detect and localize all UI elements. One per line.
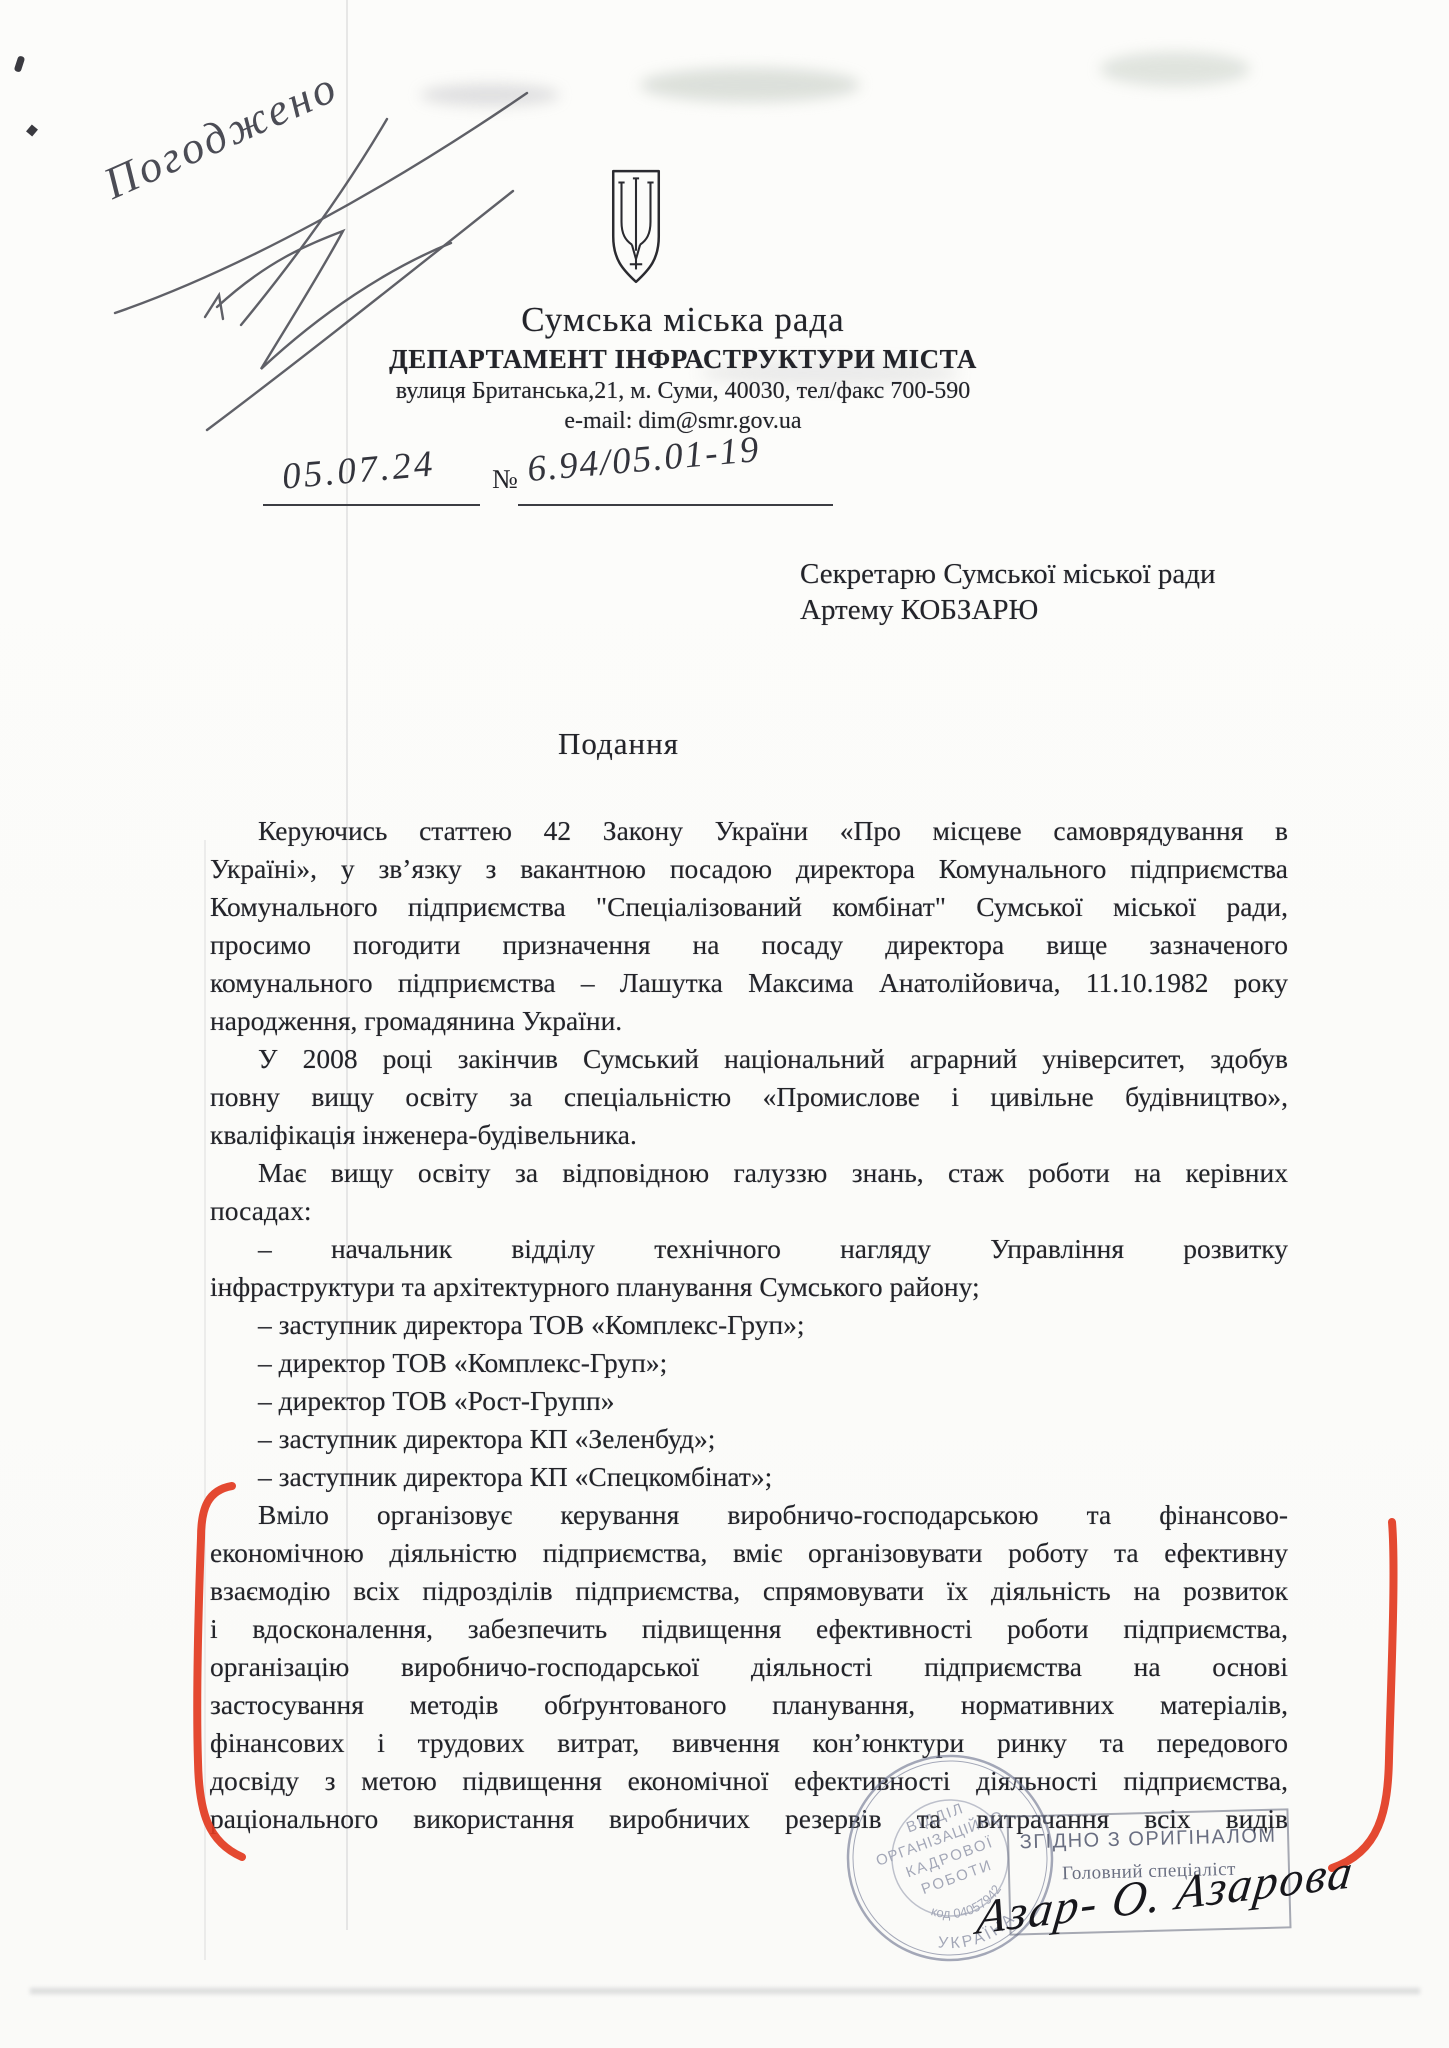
list-item-line: – заступник директора ТОВ «Комплекс-Груп… — [210, 1306, 1288, 1344]
letterhead: Сумська міська рада ДЕПАРТАМЕНТ ІНФРАСТР… — [283, 298, 1083, 436]
org-email: e-mail: dim@smr.gov.ua — [283, 406, 1083, 436]
scanned-document-page: Погоджено Сумська міська рада ДЕПАРТАМЕН… — [0, 0, 1449, 2048]
body-line: Вміло організовує керування виробничо-го… — [210, 1496, 1288, 1534]
certified-copy-stamp-title: ЗГІДНО З ОРИГІНАЛОМ — [1009, 1824, 1288, 1854]
ink-speck — [26, 124, 38, 136]
number-sign-label: № — [492, 464, 518, 495]
body-line: Керуючись статтею 42 Закону України «Про… — [210, 812, 1288, 850]
document-body: Керуючись статтею 42 Закону України «Про… — [210, 812, 1288, 1838]
ukraine-trident-emblem — [608, 168, 664, 286]
addressee-block: Секретарю Сумської міської ради Артему К… — [800, 556, 1216, 628]
body-line: комунального підприємства – Лашутка Макс… — [210, 964, 1288, 1002]
scan-smudge — [1100, 52, 1250, 86]
list-item-line: – директор ТОВ «Комплекс-Груп»; — [210, 1344, 1288, 1382]
body-line: застосування методів обґрунтованого план… — [210, 1686, 1288, 1724]
body-line: Комунального підприємства "Спеціалізован… — [210, 888, 1288, 926]
list-item-line: – заступник директора КП «Спецкомбінат»; — [210, 1458, 1288, 1496]
scan-smudge — [640, 68, 860, 102]
body-line: Має вищу освіту за відповідною галуззю з… — [210, 1154, 1288, 1192]
body-line: повну вищу освіту за спеціальністю «Пром… — [210, 1078, 1288, 1116]
body-line: Україні», у зв’язку з вакантною посадою … — [210, 850, 1288, 888]
list-item-line: – директор ТОВ «Рост-Групп» — [210, 1382, 1288, 1420]
body-line: економічною діяльністю підприємства, вмі… — [210, 1534, 1288, 1572]
body-line: народження, громадянина України. — [210, 1002, 1288, 1040]
body-line: кваліфікація інженера-будівельника. — [210, 1116, 1288, 1154]
paper-crease-line — [204, 840, 206, 1960]
addressee-position: Секретарю Сумської міської ради — [800, 556, 1216, 592]
body-line: посадах: — [210, 1192, 1288, 1230]
list-item-line: інфраструктури та архітектурного планува… — [210, 1268, 1288, 1306]
body-line: фінансових і трудових витрат, вивчення к… — [210, 1724, 1288, 1762]
body-line: і вдосконалення, забезпечить підвищення … — [210, 1610, 1288, 1648]
ink-speck — [14, 55, 26, 72]
org-name: ДЕПАРТАМЕНТ ІНФРАСТРУКТУРИ МІСТА — [283, 342, 1083, 376]
red-pen-right-bracket — [1300, 1500, 1420, 1890]
body-line: організацію виробничо-господарської діял… — [210, 1648, 1288, 1686]
body-line: взаємодію всіх підрозділів підприємства,… — [210, 1572, 1288, 1610]
body-line: просимо погодити призначення на посаду д… — [210, 926, 1288, 964]
body-line: досвіду з метою підвищення економічної е… — [210, 1762, 1288, 1800]
list-item-line: – начальник відділу технічного нагляду У… — [210, 1230, 1288, 1268]
date-underline — [263, 504, 480, 506]
scan-streak — [30, 1988, 1420, 1994]
list-item-line: – заступник директора КП «Зеленбуд»; — [210, 1420, 1288, 1458]
org-address: вулиця Британська,21, м. Суми, 40030, те… — [283, 376, 1083, 406]
number-underline — [518, 504, 833, 506]
body-line: У 2008 році закінчив Сумський національн… — [210, 1040, 1288, 1078]
org-parent-name: Сумська міська рада — [283, 298, 1083, 342]
document-title: Подання — [558, 726, 679, 762]
addressee-name: Артему КОБЗАРЮ — [800, 592, 1216, 628]
